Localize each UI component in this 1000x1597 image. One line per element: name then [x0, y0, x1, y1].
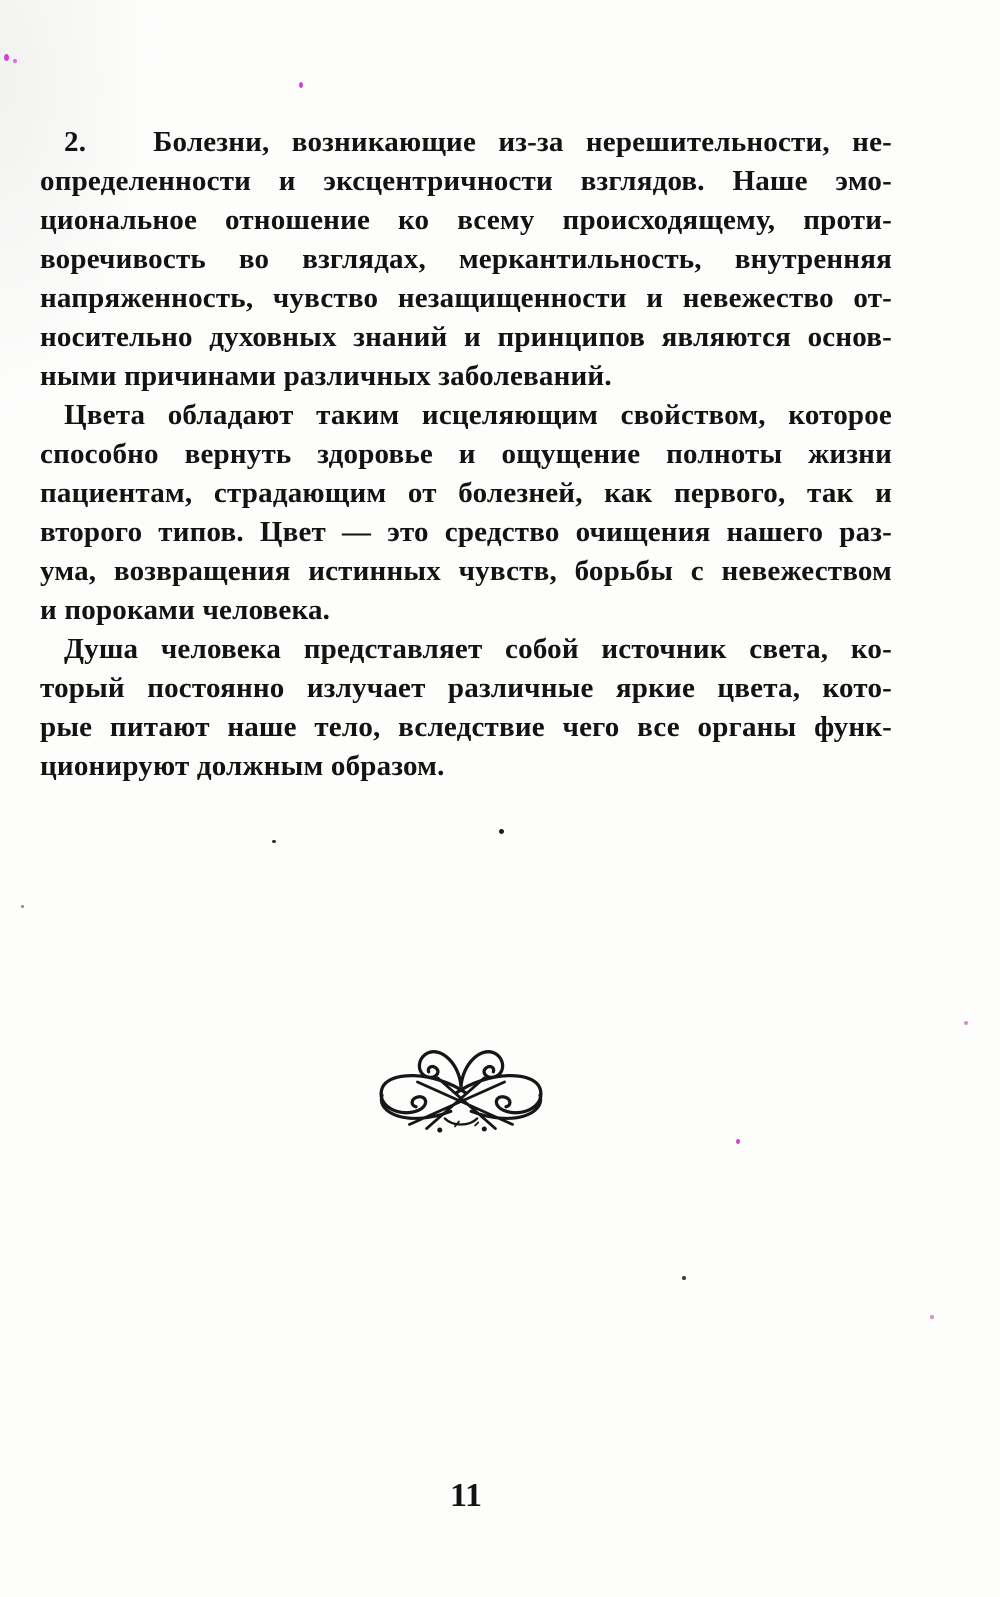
- scan-speck: [930, 1315, 934, 1319]
- text-line: рые питают наше тело, вследствие чего вс…: [40, 708, 892, 747]
- flourish-icon: [375, 1032, 547, 1136]
- text-line: напряженность, чувство незащищенности и …: [40, 279, 892, 318]
- paragraph: Цвета обладают таким исцеляющим свойство…: [40, 396, 892, 630]
- page-number: 11: [436, 1477, 496, 1515]
- text-line: определенности и эксцентричности взглядо…: [40, 162, 892, 201]
- text-line: пациентам, страдающим от болезней, как п…: [40, 474, 892, 513]
- text-line: воречивость во взглядах, меркантильность…: [40, 240, 892, 279]
- text-line: Душа человека представляет собой источни…: [40, 630, 892, 669]
- text-line: способно вернуть здоровье и ощущение пол…: [40, 435, 892, 474]
- scan-speck: [682, 1276, 686, 1280]
- text-line: 2. Болезни, возникающие из-за нерешитель…: [40, 123, 892, 162]
- text-line: ционируют должным образом.: [40, 747, 892, 786]
- book-page: 2. Болезни, возникающие из-за нерешитель…: [0, 0, 1000, 1597]
- text-line: ума, возвращения истинных чувств, борьбы…: [40, 552, 892, 591]
- scan-speck: [21, 905, 24, 908]
- scan-speck: [13, 59, 17, 63]
- decorative-flourish: [375, 1032, 547, 1136]
- scan-speck: [964, 1021, 968, 1025]
- page-text: 2. Болезни, возникающие из-за нерешитель…: [40, 123, 892, 786]
- text-line: носительно духовных знаний и принципов я…: [40, 318, 892, 357]
- text-line: второго типов. Цвет — это средство очище…: [40, 513, 892, 552]
- scan-speck: [299, 82, 303, 88]
- text-line: ными причинами различных заболеваний.: [40, 357, 892, 396]
- scan-speck: [4, 54, 9, 61]
- text-line: и пороками человека.: [40, 591, 892, 630]
- scan-speck: [272, 840, 276, 843]
- text-line: торый постоянно излучает различные яркие…: [40, 669, 892, 708]
- text-line: циональное отношение ко всему происходящ…: [40, 201, 892, 240]
- scan-speck: [736, 1139, 740, 1144]
- paragraph: Душа человека представляет собой источни…: [40, 630, 892, 786]
- paragraph: 2. Болезни, возникающие из-за нерешитель…: [40, 123, 892, 396]
- text-line: Цвета обладают таким исцеляющим свойство…: [40, 396, 892, 435]
- scan-speck: [499, 829, 504, 834]
